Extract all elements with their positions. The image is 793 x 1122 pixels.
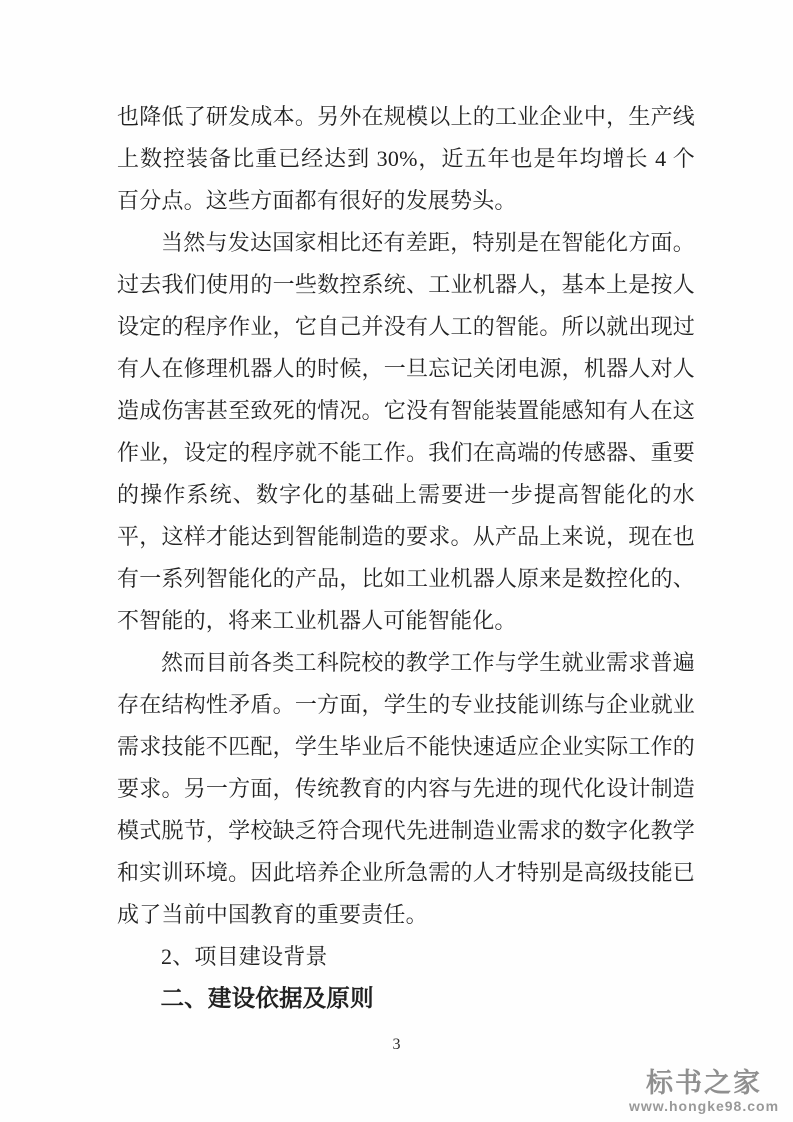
paragraph: 然而目前各类工科院校的教学工作与学生就业需求普遍存在结构性矛盾。一方面，学生的专… bbox=[117, 642, 695, 936]
list-item-heading: 2、项目建设背景 bbox=[117, 936, 695, 978]
section-heading: 二、建设依据及原则 bbox=[117, 978, 695, 1020]
watermark: 标书之家 www.hongke98.com bbox=[619, 1068, 789, 1114]
paragraph-continued: 也降低了研发成本。另外在规模以上的工业企业中，生产线上数控装备比重已经达到 30… bbox=[117, 96, 695, 222]
document-page: 也降低了研发成本。另外在规模以上的工业企业中，生产线上数控装备比重已经达到 30… bbox=[0, 0, 793, 1122]
watermark-url: www.hongke98.com bbox=[619, 1098, 789, 1114]
paragraph: 当然与发达国家相比还有差距，特别是在智能化方面。过去我们使用的一些数控系统、工业… bbox=[117, 222, 695, 642]
watermark-logo-text: 标书之家 bbox=[619, 1068, 789, 1098]
text-body: 也降低了研发成本。另外在规模以上的工业企业中，生产线上数控装备比重已经达到 30… bbox=[117, 96, 695, 1020]
page-number: 3 bbox=[0, 1036, 793, 1054]
